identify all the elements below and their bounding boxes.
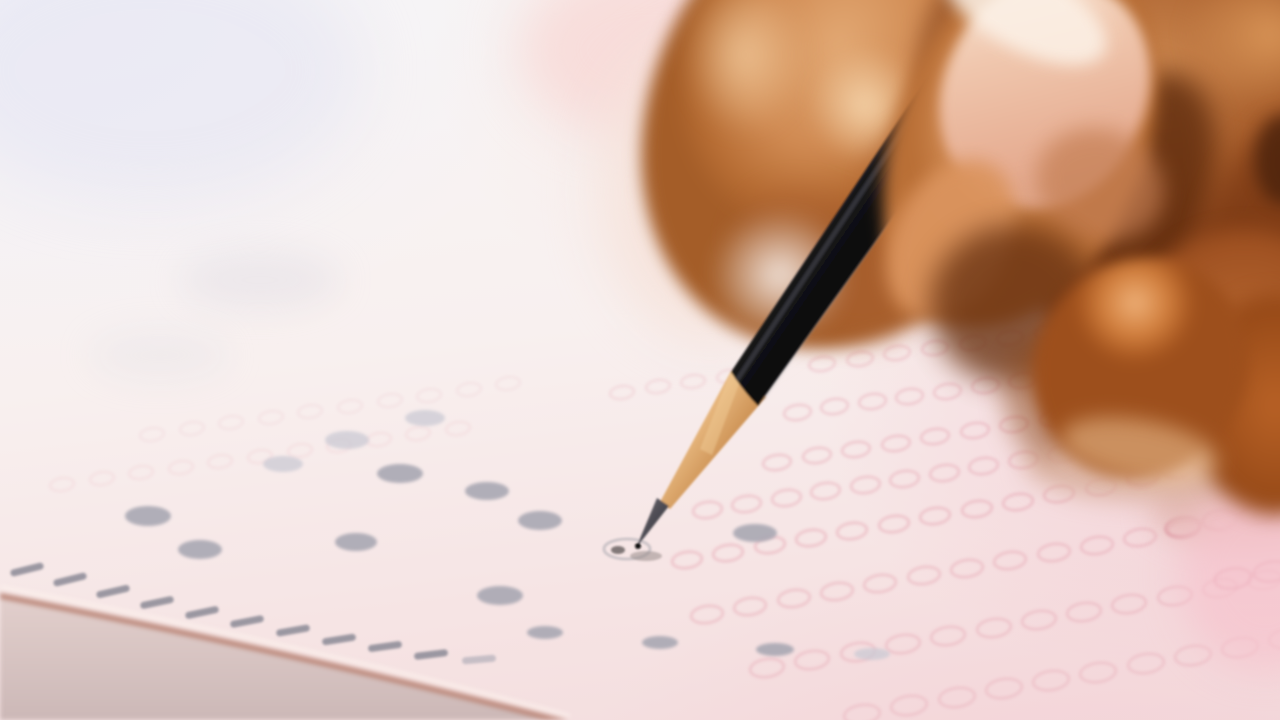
photo-scene [0,0,1280,720]
pencil-tip-shadow [630,551,662,561]
pencil-point [635,543,641,549]
graphite-smudge [611,546,625,554]
pencil-graphite-tip [636,498,669,548]
